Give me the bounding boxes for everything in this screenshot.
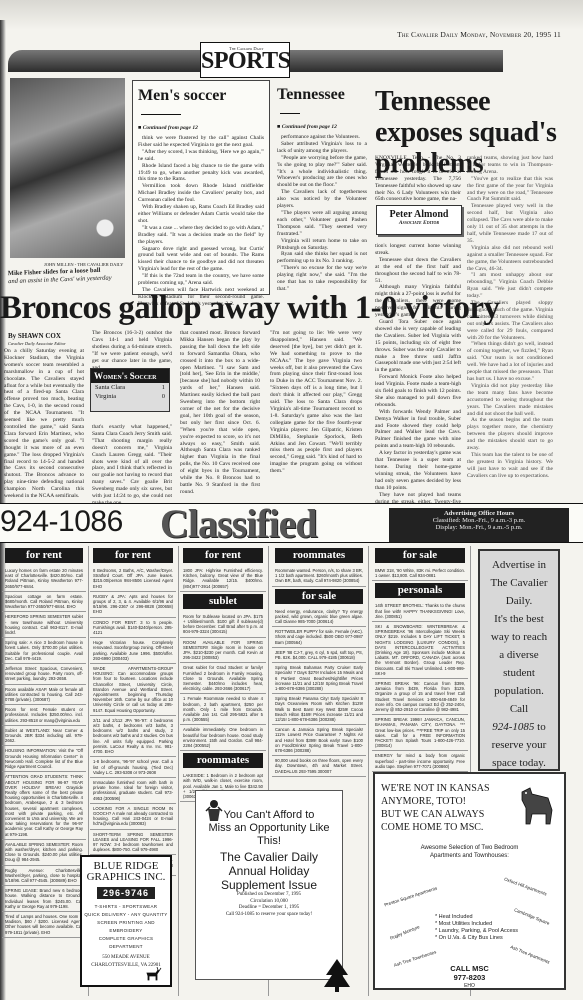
- property-name: Cambridge Square: [513, 907, 550, 926]
- classified-column-1: for rent Luxury homes on farm estate 20 …: [2, 546, 86, 938]
- page-folio: The Cavalier Daily Monday, November 20, …: [397, 30, 561, 39]
- classified-ad: Spring sale: A nice 3 bedroom house in f…: [2, 638, 86, 664]
- team-name: Virginia: [95, 393, 116, 400]
- classified-ad: SPRING LEASE: Brand new 6 bedroom house.…: [2, 886, 86, 912]
- property-name: Rugby McIntyre: [389, 924, 420, 940]
- story-body: think we were flustered by the call" aga…: [138, 135, 264, 308]
- paragraph: Saber attributed Virginia's loss to a la…: [277, 141, 367, 155]
- ad-line: population.: [480, 682, 558, 700]
- amenity-item: * Heat Included: [435, 914, 518, 921]
- paragraph: Tennessee shut down the Cavaliers at the…: [375, 257, 461, 285]
- ad-call: CALL MSC: [375, 964, 564, 973]
- ad-line: COME HOME TO MSC.: [381, 821, 511, 834]
- paragraph: As the season begins and the team plays …: [467, 417, 553, 452]
- advertise-in-cavalier-daily-ad: Advertise in The Cavalier Daily. It's th…: [478, 549, 560, 771]
- classified-ad: Spacious cottage on farm estate. $680/mo…: [2, 592, 86, 613]
- broncos-col3: that counted most. Bronco forward Mikka …: [180, 330, 260, 496]
- category-heading: personals: [375, 583, 465, 598]
- paragraph: Sagaaro dove right and guessed wrong, bu…: [138, 246, 264, 274]
- classified-ad: 1-8 bedrooms, '96-'97 school year. Call …: [90, 757, 176, 778]
- classified-ad: 90,000 used books on three floors, open …: [272, 756, 366, 777]
- classified-ad: Jefferson Street: Spacious, Convenient, …: [2, 664, 86, 685]
- category-heading: for sale: [375, 548, 465, 563]
- classified-ad: AVAILABLE SPRING SEMESTER: Room with was…: [2, 840, 86, 866]
- office-hours-classified: Classified: Mon.-Fri., 9 a.m.-3 p.m.: [389, 517, 569, 524]
- ad-line: Call: [480, 700, 558, 718]
- ad-line: to: [537, 721, 546, 733]
- paragraph: tion's longest current home winning stre…: [375, 243, 461, 257]
- ad-line: Supplement Issue: [196, 878, 342, 892]
- paragraph: The Cavaliers lack of togetherness also …: [277, 189, 367, 210]
- ad-line: Annual Holiday: [196, 864, 342, 878]
- ad-line: Daily.: [480, 592, 558, 610]
- company-phone: 296-9746: [97, 887, 155, 899]
- office-hours-display: Display: Mon.-Fri., 9 a.m.-5 p.m.: [389, 524, 569, 531]
- classified-ad: WADE APARTMENTS-GROUP HOUSING: Can accom…: [90, 664, 176, 716]
- classified-ad: CONDO FOR RENT: 3 to 5 people. Furnishin…: [90, 618, 176, 639]
- property-name: Oxford Hill Apartments: [504, 876, 548, 896]
- sports-section-flag: The Cavalier Daily SPORTS: [200, 42, 290, 78]
- paragraph: Ryan said she thinks her squad is not pe…: [277, 251, 367, 265]
- service-line: SCREEN PRINTING AND EMBROIDERY: [82, 919, 170, 935]
- classified-ad: SKI & SNOWBOARD: WINTERBREAK & SPRINGBRE…: [372, 622, 468, 679]
- amenity-item: * On U.Va. & City Bus Lines: [435, 935, 518, 942]
- soccer-action-photo: [10, 78, 125, 258]
- classified-ad: ENERGY for mind & body from organic supe…: [372, 751, 468, 772]
- ad-line: It's the best: [480, 610, 558, 628]
- classified-column-5: for sale BMW 318, '90 White, 83K mi. Per…: [372, 546, 468, 772]
- column-rule: [178, 546, 179, 996]
- classified-ad: HEREFORD SPRING SEMESTER sublet - new to…: [2, 612, 86, 638]
- byline-name: Peter Almond: [377, 209, 461, 220]
- score-box-title: Women's Soccer: [91, 369, 169, 383]
- mens-soccer-story: Men's soccer Continued from page 12 thin…: [132, 80, 270, 295]
- paragraph: "When things didn't go well, instead of …: [467, 341, 553, 382]
- broncos-col2-bottom: that's exactly what happened," Santa Cla…: [92, 424, 172, 507]
- classified-ad: Cancun & Jamaica Spring Break Specials! …: [272, 725, 366, 756]
- broncos-byline-title: Cavalier Daily Associate Editor: [8, 341, 66, 346]
- classified-ad: SPRING BREAK 1996!! JAMAICA, CANCUN, BAH…: [372, 715, 468, 751]
- paragraph: A key factor in yesterday's game was tha…: [375, 450, 461, 491]
- category-heading: roommates: [183, 753, 263, 768]
- blue-ridge-graphics-ad: BLUE RIDGE GRAPHICS INC. 296-9746 T-SHIR…: [80, 855, 172, 987]
- column-rule: [368, 546, 369, 996]
- classified-ad: BMW 318, '90 White, 83K mi. Perfect cond…: [372, 566, 468, 581]
- ad-phone: 977-8203: [375, 973, 564, 982]
- byline-box: Peter Almond Associate Editor: [376, 205, 462, 235]
- paragraph: Rhode Island faced a big chance to tie t…: [138, 163, 264, 184]
- ad-line: reserve your: [480, 736, 558, 754]
- classified-ad: ROOM AVAILABLE FOR SPRING SEMESTER!! Sin…: [180, 638, 266, 664]
- section-kicker: The Cavalier Daily: [229, 46, 264, 51]
- classified-ad: Tired of Lamps and houses. One room in M…: [2, 912, 86, 938]
- classified-ad: Spring Break Bahamas Party Cruise! Early…: [272, 663, 366, 694]
- classified-phone: 924-1086: [0, 505, 123, 539]
- classified-ad: 1 Female Roommate needed to share 4 bedr…: [180, 694, 266, 725]
- score-row: Santa Clara 1: [91, 383, 169, 392]
- paragraph: "After they scored, I was thinking, 'Her…: [138, 149, 264, 163]
- category-heading: for rent: [183, 548, 263, 563]
- classified-ad: Spring Break! Panama City! Early Special…: [272, 694, 366, 725]
- paragraph: Virginia will return home to take on Pit…: [277, 238, 367, 252]
- office-hours-box: Advertising Office Hours Classified: Mon…: [389, 508, 569, 542]
- ad-line: This!: [196, 835, 342, 848]
- company-name: GRAPHICS INC.: [82, 872, 170, 883]
- classified-column-2: for rent 8 Bedrooms, 2 Baths, A/C, Washe…: [90, 546, 176, 876]
- tennessee-lede: KNOXVILLE, Tenn. - The No. 3 Virginia wo…: [375, 155, 461, 203]
- broncos-headline: Broncos gallop away with 1-0 victory: [0, 290, 400, 327]
- tennessee-continued-story: Tennessee Continued from page 12 perform…: [277, 80, 367, 295]
- classified-column-3: for rent 1800 JPA: Highrise Furnished ef…: [180, 546, 266, 802]
- amenity-item: * Laundry, Parking, & Pool Access: [435, 928, 518, 935]
- classified-column-4: roommates Roommate wanted. Person, n/s, …: [272, 546, 366, 777]
- ad-eho: EHO: [375, 982, 564, 991]
- ad-line: Awesome Selection of Two Bedroom: [381, 844, 558, 852]
- office-hours-title: Advertising Office Hours: [389, 510, 569, 517]
- ad-call: Call 924-1085 to reserve your space toda…: [196, 912, 342, 919]
- classified-ad: 14th STREET BROTHEL: Thanks to the chums…: [372, 601, 468, 622]
- service-line: T-SHIRTS - SPORTSWEAR: [82, 903, 170, 911]
- terrier-dog-icon: [518, 784, 558, 828]
- category-heading: roommates: [275, 548, 363, 563]
- paragraph: "People are worrying before the game, 'I…: [277, 155, 367, 190]
- property-name: Ash Tree Apartments: [510, 944, 551, 964]
- ad-phone: 924-1085: [492, 721, 534, 733]
- ad-line: space today.: [480, 754, 558, 772]
- score-row: Virginia 0: [91, 392, 169, 401]
- section-title: SPORTS: [201, 48, 291, 74]
- classified-ad: 2/11 and 2/112 JPA '96-'97: 4 bedrooms w…: [90, 716, 176, 757]
- category-heading: for rent: [93, 548, 173, 563]
- paragraph: "If this is the 72nd team in the country…: [138, 273, 264, 287]
- classified-ad: Room for rent: Female student or profess…: [2, 705, 86, 726]
- team-score: 1: [162, 384, 165, 391]
- cavalier-mascot-icon: [204, 797, 224, 825]
- paragraph: Forward Monick Foote also helped lead Vi…: [375, 374, 461, 409]
- ad-line: student: [480, 664, 558, 682]
- story-headline: Men's soccer: [138, 87, 264, 123]
- paragraph: Virginia did not play yesterday like the…: [467, 383, 553, 418]
- ad-line: BUT WE CAN ALWAYS: [381, 808, 511, 821]
- paragraph: ranked teams, showing just how hard it i…: [467, 155, 553, 176]
- paragraph: Tennessee played very well in the second…: [467, 203, 553, 244]
- team-score: 0: [162, 393, 165, 400]
- classified-ad: Room for Sublease located on JPA. $175 +…: [180, 612, 266, 638]
- paragraph: performance against the Volunteers.: [277, 134, 367, 141]
- ad-line: Advertise in: [480, 556, 558, 574]
- classified-ad: Luxury homes on farm estate 20 minutes e…: [2, 566, 86, 592]
- ad-line: The Cavalier: [480, 574, 558, 592]
- classified-ad: SHORT-TERM SPRING SEMESTER LEASES and LE…: [90, 830, 176, 856]
- story-headline: Tennessee: [277, 86, 367, 122]
- broncos-col4: "I'm not going to lie: We were very disa…: [270, 330, 362, 475]
- classified-ad: Rugby Avenue: Charlottesville. Washer/dr…: [2, 866, 86, 887]
- byline-title: Associate Editor: [377, 220, 461, 226]
- ad-line: WE'RE NOT IN KANSAS: [381, 782, 511, 795]
- category-heading: sublet: [183, 594, 263, 609]
- classified-ad: Room available ASAP. Male or female all …: [2, 685, 86, 706]
- page-curl: [0, 0, 583, 30]
- ad-line: a diverse: [480, 646, 558, 664]
- paragraph: "There's no excuse for the way we're pla…: [277, 265, 367, 293]
- classified-ad: SPRING BREAK '96: Cancun from $399, Jama…: [372, 679, 468, 715]
- paragraph: This team has the talent to be one of th…: [467, 452, 553, 480]
- category-heading: for sale: [275, 589, 363, 604]
- classified-ad: 8 Bedrooms, 2 Baths, A/C, Washer/Dryer. …: [90, 566, 176, 592]
- classified-ad: Immaculate furnished room with bath in p…: [90, 778, 176, 804]
- tennessee-col1-body: tion's longest current home winning stre…: [375, 243, 461, 512]
- classified-title: Classified: [160, 500, 317, 547]
- continued-note: Continued from page 12: [138, 125, 264, 131]
- broncos-col2-top: The Broncos (16-3-2) outshot the Cavs 14…: [92, 330, 172, 371]
- classified-ad: Huge Victorian house. Completely renovat…: [90, 638, 176, 664]
- service-line: QUICK DELIVERY - ANY QUANTITY: [82, 911, 170, 919]
- classified-ad: LOOKING FOR A SINGLE ROOM IN GOOCH? A ma…: [90, 804, 176, 830]
- holiday-supplement-ad: You Can't Afford to Miss an Opportunity …: [195, 790, 343, 980]
- paragraph: "You've got to realize that this was the…: [467, 176, 553, 204]
- ad-line: ANYMORE, TOTO!: [381, 795, 511, 808]
- continued-note: Continued from page 12: [277, 124, 367, 130]
- broncos-byline: By SHAWN COX: [8, 332, 61, 340]
- classified-ad: RUGBY & JPA: Apts and houses for groups …: [90, 592, 176, 618]
- amenity-list: * Heat Included * Most Utilities Include…: [435, 914, 518, 942]
- company-address: 550 MEADE AVENUE: [82, 954, 170, 962]
- team-name: Santa Clara: [95, 384, 125, 391]
- service-line: COMPLETE GRAPHICS DEPARTMENT: [82, 935, 170, 951]
- christmas-tree-icon: [322, 957, 352, 993]
- paragraph: With Bradley shaken up, Rams Coach Ed Br…: [138, 204, 264, 225]
- paragraph: "It was a case ... where they decided to…: [138, 225, 264, 246]
- ad-headline: WE'RE NOT IN KANSAS ANYMORE, TOTO! BUT W…: [381, 782, 511, 834]
- photo-caption: Mike Fisher slides for a loose ball and …: [8, 266, 128, 286]
- ad-subheading: Awesome Selection of Two Bedroom Apartme…: [381, 844, 558, 860]
- ad-call-block: CALL MSC 977-8203 EHO: [375, 964, 564, 991]
- deer-icon: [144, 967, 162, 981]
- classified-ad: Sublet at WESTLAND: Near Corner & Ground…: [2, 726, 86, 747]
- category-heading: for rent: [5, 548, 83, 563]
- paragraph: Vermillion took down Rhode Island midfie…: [138, 183, 264, 204]
- paragraph: "The players were all arguing among each…: [277, 210, 367, 238]
- amenity-item: * Most Utilities Included: [435, 921, 518, 928]
- paragraph: Virginia also did not rebound well again…: [467, 245, 553, 273]
- classified-ad: Great sublet for Grad Student or family!…: [180, 663, 266, 694]
- classified-ad: HOUSING INFORMATION: Visit the "Off Grou…: [2, 746, 86, 772]
- classified-ad: Roommate wanted. Person, n/s, to share 3…: [272, 566, 366, 587]
- classified-ad: ROTTWEILER PUPPY for sale. Female (AKC).…: [272, 627, 366, 648]
- property-name: Preston Square Apartments: [384, 886, 438, 908]
- classified-ad: JEEP '88 CJ-7, grey, 6 cyl, 5 spd, soft …: [272, 648, 366, 663]
- paragraph: think we were flustered by the call" aga…: [138, 135, 264, 149]
- classified-ad: ATTENTION GRAD STUDENTS: THINK ABOUT HOU…: [2, 772, 86, 839]
- ad-line: way to reach: [480, 628, 558, 646]
- ad-line: Apartments and Townhouses:: [381, 852, 558, 860]
- paragraph: Guard Tora Suber once again showed she i…: [375, 319, 461, 374]
- classified-ad: Need energy, endurance, clarity? Try ene…: [272, 607, 366, 628]
- msc-apartments-ad: WE'RE NOT IN KANSAS ANYMORE, TOTO! BUT W…: [373, 772, 566, 990]
- classified-ad: 1800 JPA: Highrise Furnished efficiency.…: [180, 566, 266, 592]
- ad-line: The Cavalier Daily: [196, 850, 342, 864]
- story-body: performance against the Volunteers. Sabe…: [277, 134, 367, 293]
- classified-ad: Available immediately. One bedroom in be…: [180, 725, 266, 751]
- broncos-col1: On a chilly Saturday evening at Klockner…: [4, 348, 84, 500]
- paragraph: With forwards Wendy Palmer and Demya Wal…: [375, 409, 461, 450]
- womens-soccer-score-box: Women's Soccer Santa Clara 1 Virginia 0: [90, 368, 170, 412]
